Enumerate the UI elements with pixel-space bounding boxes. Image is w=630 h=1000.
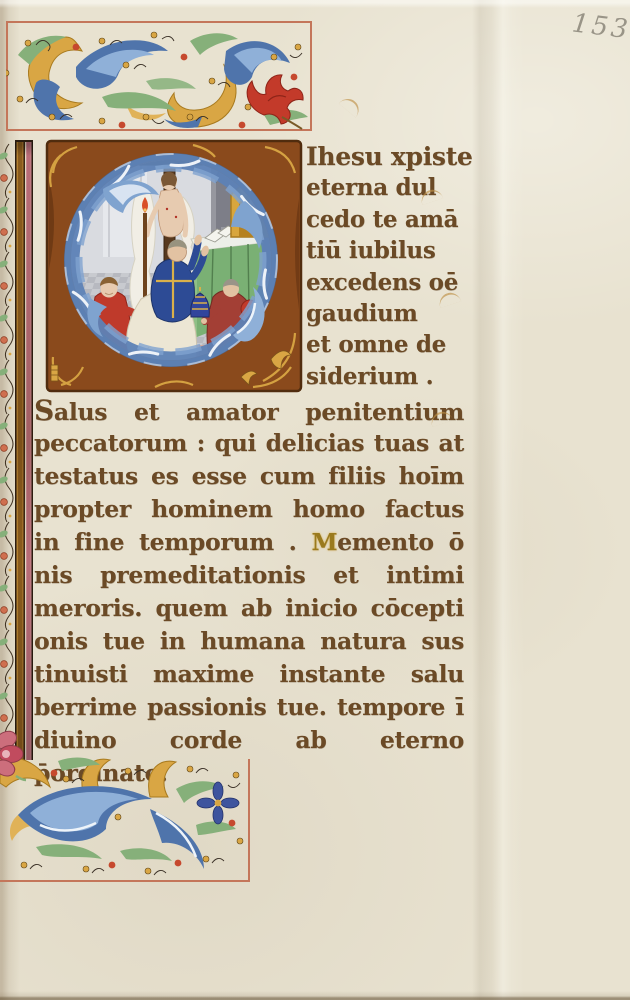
mass-of-st-gregory-miniature <box>45 139 303 393</box>
text-line: excedens oē <box>306 267 464 298</box>
text-line: cedo te amā <box>306 204 464 235</box>
text-line: siderium . <box>306 361 464 392</box>
text-line: peccatorum : qui delicias tuas at <box>34 427 464 460</box>
text-line: nis premeditationis et intimi <box>34 559 464 592</box>
text-line: Salus et amator penitentium <box>34 394 464 427</box>
text-line: in fine temporum . Memento ō <box>34 526 464 559</box>
text-line: berrime passionis tue. tempore ī <box>34 691 464 724</box>
top-border-acanthus <box>6 21 312 131</box>
text-line: propter hominem homo factus <box>34 493 464 526</box>
text-line: Ihesu xpiste <box>306 141 464 172</box>
pink-flower <box>0 726 28 784</box>
top-border-decoration <box>6 21 312 131</box>
text-line: tinuisti maxime instante salu <box>34 658 464 691</box>
text-line: onis tue in humana natura sus <box>34 625 464 658</box>
bottom-border-decoration <box>0 753 252 888</box>
text-line: tiū iubilus <box>306 235 464 266</box>
bottom-border-acanthus <box>0 753 252 888</box>
manuscript-page-photo: { "page": { "folio_number": "153" }, "ma… <box>0 0 630 1000</box>
blue-acanthus <box>18 786 204 869</box>
text-line: meroris. quem ab inicio cōcepti <box>34 592 464 625</box>
text-column-beside-initial: Ihesu xpisteeterna dulcedo te amātiū iub… <box>306 141 464 392</box>
illuminated-initial-O <box>45 139 303 393</box>
text-line: et omne de <box>306 329 464 360</box>
text-block-main: Salus et amator penitentiumpeccatorum : … <box>34 394 464 757</box>
left-bar-border <box>15 140 33 760</box>
text-line: testatus es esse cum filiis hoīm <box>34 460 464 493</box>
left-margin-vine <box>0 140 15 760</box>
